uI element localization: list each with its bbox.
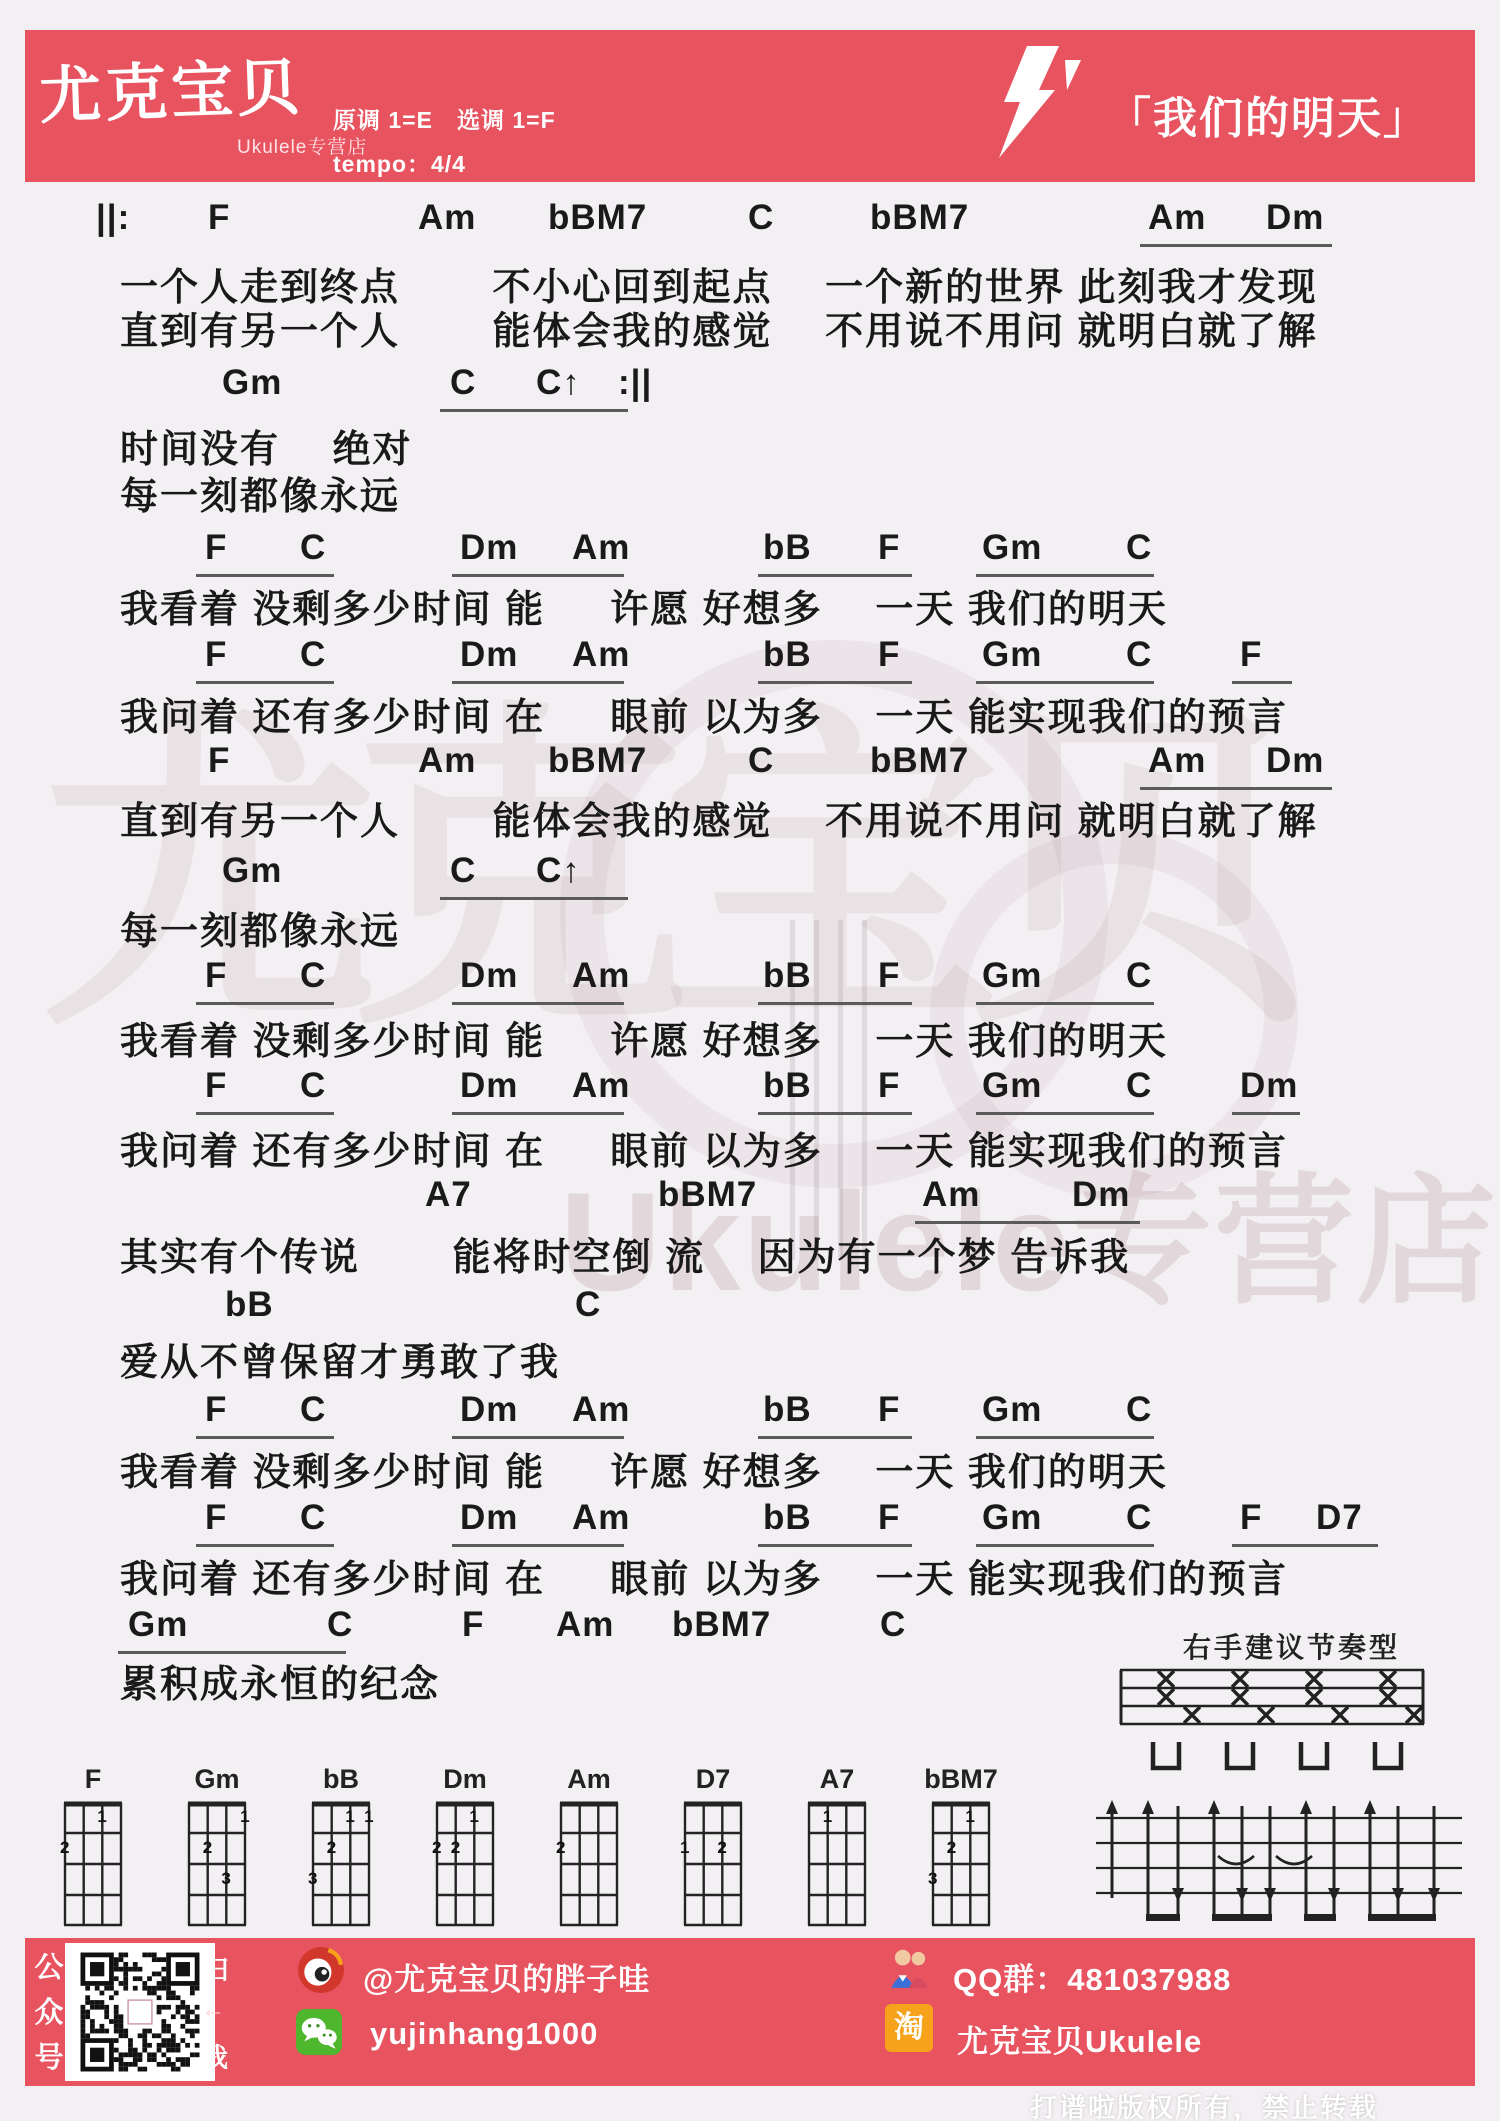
chord-label: C [1126,956,1152,996]
chord-label: Am [572,1498,630,1538]
chord-label: Dm [460,1066,518,1106]
chord-underline [915,1221,1140,1224]
chord-underline [1232,681,1292,684]
chord-label: Am [922,1175,980,1215]
chord-label: C [575,1285,601,1325]
chord-diagram-Am: Am2 [559,1800,619,1928]
chord-underline [452,574,624,577]
fretboard-grid: 12 [683,1800,743,1928]
chord-label: C [327,1605,353,1645]
finger-position: 2 [556,1838,565,1858]
chord-line: GmCC↑:|| [0,363,1500,415]
fretboard-grid: 1 [807,1800,867,1928]
strum-pattern-staff-top [1118,1668,1426,1776]
chord-label: Am [418,198,476,238]
chord-diagram-Gm: Gm123 [187,1800,247,1928]
chord-diagram-A7: A71 [807,1800,867,1928]
chord-underline [976,1002,1154,1005]
chord-diagram-name: A7 [820,1764,855,1795]
lyric-line: 其实有个传说 能将时空倒 流 因为有一个梦 告诉我 [120,1226,1130,1281]
chord-line: FCDmAmbBFGmCF [0,635,1500,687]
chord-underline [196,1002,334,1005]
scan-char: 扫 [201,1948,228,1987]
chord-label: Dm [460,635,518,675]
lyric-line: 爱从不曾保留才勇敢了我 [120,1331,560,1386]
chord-underline [452,1544,624,1547]
finger-position: 1 [364,1807,373,1827]
weibo-handle: @尤克宝贝的胖子哇 [363,1954,650,1999]
chord-label: C [748,198,774,238]
finger-position: 2 [717,1838,726,1858]
chord-diagram-D7: D712 [683,1800,743,1928]
chord-label: C [300,956,326,996]
chord-label: C [300,635,326,675]
finger-position: 1 [680,1838,689,1858]
chord-label: F [208,741,230,781]
weibo-icon [297,1946,345,1994]
chord-label: F [1240,1498,1262,1538]
lyric-line: 累积成永恒的纪念 [120,1653,440,1708]
taobao-shop-name: 尤克宝贝Ukulele [957,2016,1202,2061]
rhythm-pattern-title: 右手建议节奏型 [1183,1626,1400,1666]
qr-code [65,1943,215,2081]
chord-label: Am [1148,741,1206,781]
chord-underline [976,681,1154,684]
chord-underline [1140,244,1332,247]
qq-group-icon [885,1944,933,1992]
chord-underline [758,574,912,577]
chord-label: Dm [1072,1175,1130,1215]
finger-position: 3 [308,1869,317,1889]
chord-underline [976,1436,1154,1439]
chord-line: ||:FAmbBM7CbBM7AmDm [0,198,1500,250]
chord-label: Am [572,1390,630,1430]
chord-diagram-F: F21 [63,1800,123,1928]
chord-label: Dm [1266,741,1324,781]
chord-label: F [205,528,227,568]
finger-position: 2 [432,1838,441,1858]
fretboard-grid: 1123 [311,1800,371,1928]
left-arrow-icon: ← [201,1996,225,2024]
fretboard-grid: 123 [187,1800,247,1928]
chord-line: FCDmAmbBFGmCDm [0,1066,1500,1118]
copyright-notice: 打谱啦版权所有，禁止转载 [1030,2086,1378,2121]
chord-diagram-name: bBM7 [924,1764,998,1795]
chord-underline [196,1112,334,1115]
chord-label: C [1126,1498,1152,1538]
chord-diagram-Dm: Dm122 [435,1800,495,1928]
finger-position: 1 [97,1807,106,1827]
taobao-icon: 淘 [885,2004,933,2052]
strum-pattern-staff-bottom [1090,1798,1468,1936]
chord-label: bB [763,1066,812,1106]
chord-label: C↑ [536,363,581,403]
chord-underline [758,1002,912,1005]
chord-label: F [1240,635,1262,675]
chord-label: bBM7 [658,1175,757,1215]
finger-position: 1 [823,1807,832,1827]
finger-position: 1 [469,1807,478,1827]
chord-label: bB [763,1390,812,1430]
chord-label: bB [763,635,812,675]
chord-label: bBM7 [548,741,647,781]
chord-diagram-name: bB [323,1764,359,1795]
chord-label: F [205,1498,227,1538]
lyric-line: 我问着 还有多少时间 在 眼前 以为多 一天 能实现我们的预言 [120,1548,1288,1603]
chord-underline [758,1544,912,1547]
chord-label: C [1126,1390,1152,1430]
chord-diagram-bBM7: bBM7123 [931,1800,991,1928]
lyric-line: 直到有另一个人 能体会我的感觉 不用说不用问 就明白就了解 [120,300,1318,355]
chord-underline [1232,1112,1300,1115]
chord-label: C [300,1498,326,1538]
chord-diagram-name: F [85,1764,102,1795]
chord-label: bBM7 [672,1605,771,1645]
chord-underline [452,1112,624,1115]
finger-position: 3 [928,1869,937,1889]
chord-label: bB [763,1498,812,1538]
lyric-line: 每一刻都像永远 [120,465,400,520]
chord-label: F [205,1390,227,1430]
chord-underline [452,681,624,684]
lyric-line: 每一刻都像永远 [120,900,400,955]
chord-label: F [205,956,227,996]
chord-label: Gm [222,851,282,891]
chord-underline [440,897,628,900]
chord-label: C [880,1605,906,1645]
chord-line: FCDmAmbBFGmC [0,1390,1500,1442]
chord-label: D7 [1316,1498,1363,1538]
chord-underline [452,1002,624,1005]
me-char: 我 [201,2036,228,2075]
chord-line: GmCC↑ [0,851,1500,903]
chord-label: Gm [128,1605,188,1645]
official-account-label: 公众号 [31,1946,67,2081]
chord-label: C [1126,528,1152,568]
chord-label: bBM7 [870,198,969,238]
chord-label: F [878,635,900,675]
chord-label: C [450,363,476,403]
chord-underline [758,1436,912,1439]
fretboard-grid: 2 [559,1800,619,1928]
chord-label: C [450,851,476,891]
chord-diagram-name: Am [567,1764,611,1795]
chord-label: C [300,1066,326,1106]
chord-label: C↑ [536,851,581,891]
finger-position: 2 [203,1838,212,1858]
finger-position: 3 [221,1869,230,1889]
chord-underline [196,681,334,684]
lyric-line: 我问着 还有多少时间 在 眼前 以为多 一天 能实现我们的预言 [120,686,1288,741]
chord-line: bBC [0,1285,1500,1337]
chord-label: Am [572,635,630,675]
chord-line: FCDmAmbBFGmC [0,956,1500,1008]
chord-label: F [208,198,230,238]
chord-diagram-bB: bB1123 [311,1800,371,1928]
chord-label: Gm [982,528,1042,568]
chord-label: :|| [618,363,652,403]
chord-label: Am [572,528,630,568]
finger-position: 2 [451,1838,460,1858]
footer-banner: 公众号 扫 ← 我 @尤克宝贝的胖子哇 yujinhang1000 [25,1938,1475,2086]
chord-label: Gm [982,1066,1042,1106]
chord-line: FCDmAmbBFGmC [0,528,1500,580]
lyric-line: 我看着 没剩多少时间 能 许愿 好想多 一天 我们的明天 [120,1010,1168,1065]
chord-line: FCDmAmbBFGmCFD7 [0,1498,1500,1550]
chord-underline [452,1436,624,1439]
chord-label: bB [225,1285,274,1325]
chord-line: A7bBM7AmDm [0,1175,1500,1227]
finger-position: 2 [947,1838,956,1858]
chord-diagram-name: Dm [443,1764,487,1795]
chord-label: bBM7 [870,741,969,781]
lyric-line: 我看着 没剩多少时间 能 许愿 好想多 一天 我们的明天 [120,1441,1168,1496]
chord-label: Dm [460,1390,518,1430]
chord-label: bB [763,528,812,568]
chord-label: Am [572,956,630,996]
chord-underline [976,574,1154,577]
finger-position: 1 [240,1807,249,1827]
lyric-line: 我看着 没剩多少时间 能 许愿 好想多 一天 我们的明天 [120,578,1168,633]
chord-label: F [878,1498,900,1538]
chord-label: bB [763,956,812,996]
chord-underline [196,1436,334,1439]
chord-label: Dm [460,956,518,996]
chord-label: Dm [460,1498,518,1538]
chord-label: C [1126,1066,1152,1106]
chord-label: Am [556,1605,614,1645]
chord-label: F [878,528,900,568]
chord-underline [976,1544,1154,1547]
chord-label: C [748,741,774,781]
chord-underline [1232,1544,1378,1547]
chord-underline [758,1112,912,1115]
chord-label: ||: [96,198,130,238]
fretboard-grid: 21 [63,1800,123,1928]
fretboard-grid: 123 [931,1800,991,1928]
chord-label: Am [1148,198,1206,238]
chord-label: C [300,1390,326,1430]
finger-position: 1 [965,1807,974,1827]
chord-label: Dm [1266,198,1324,238]
chord-label: Gm [222,363,282,403]
chord-diagram-name: D7 [696,1764,731,1795]
chord-label: C [1126,635,1152,675]
chord-underline [976,1112,1154,1115]
chord-label: F [878,1390,900,1430]
chord-label: F [878,956,900,996]
qq-group-number: QQ群：481037988 [953,1954,1231,1999]
chord-underline [196,574,334,577]
chord-underline [758,681,912,684]
chord-label: Gm [982,1498,1042,1538]
wechat-id: yujinhang1000 [370,2016,598,2052]
chord-underline [196,1544,334,1547]
chord-diagram-name: Gm [194,1764,239,1795]
chord-label: F [205,635,227,675]
chord-label: F [878,1066,900,1106]
chord-label: Am [418,741,476,781]
chord-label: Dm [460,528,518,568]
fretboard-grid: 122 [435,1800,495,1928]
chord-line: FAmbBM7CbBM7AmDm [0,741,1500,793]
finger-position: 2 [327,1838,336,1858]
chord-label: Gm [982,635,1042,675]
chord-label: bBM7 [548,198,647,238]
lyric-line: 我问着 还有多少时间 在 眼前 以为多 一天 能实现我们的预言 [120,1120,1288,1175]
chord-underline [440,409,628,412]
chord-label: Am [572,1066,630,1106]
chord-label: A7 [425,1175,472,1215]
finger-position: 1 [345,1807,354,1827]
finger-position: 2 [60,1838,69,1858]
chord-label: Gm [982,956,1042,996]
chord-label: Gm [982,1390,1042,1430]
chord-sheet-page: 尤克宝贝 Ukulele专营店 原调 1=E 选调 1=F tempo：4/4 … [0,0,1500,2121]
chord-label: F [205,1066,227,1106]
wechat-icon [295,2008,343,2056]
chord-label: C [300,528,326,568]
lyric-line: 直到有另一个人 能体会我的感觉 不用说不用问 就明白就了解 [120,790,1318,845]
chord-label: F [462,1605,484,1645]
chord-label: Dm [1240,1066,1298,1106]
